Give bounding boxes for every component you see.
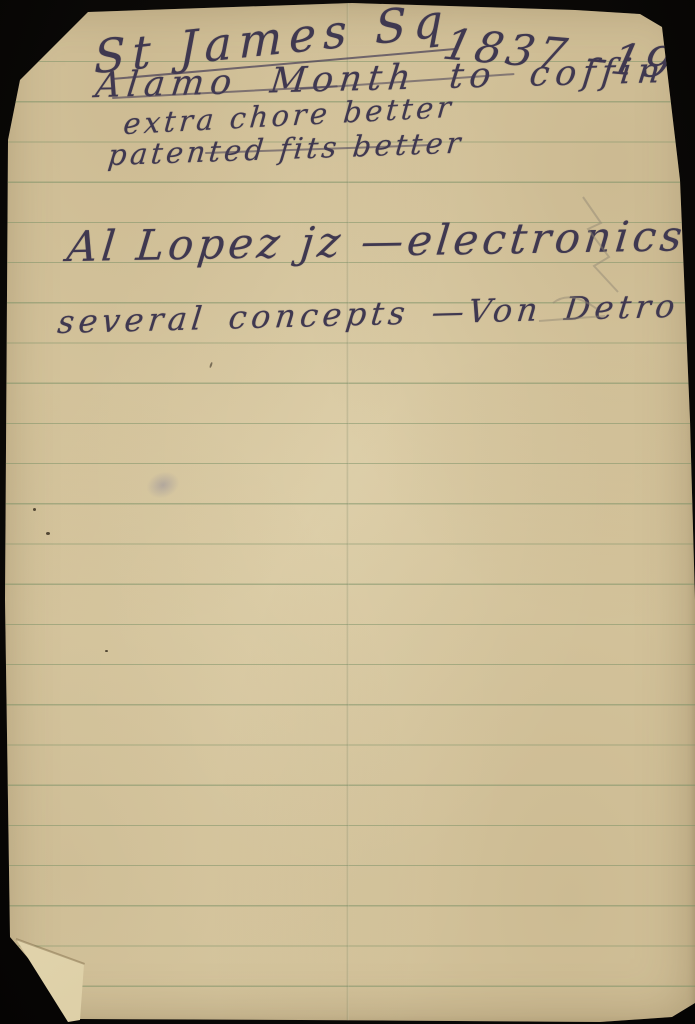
age-speck xyxy=(46,532,50,535)
age-speck xyxy=(33,508,36,511)
age-speck xyxy=(105,650,108,652)
ghost-pencil-marks xyxy=(535,185,695,355)
note-paper: St James Sq 1837 –1930 Alamo Month to co… xyxy=(0,0,695,1024)
photo-backdrop: St James Sq 1837 –1930 Alamo Month to co… xyxy=(0,0,695,1024)
